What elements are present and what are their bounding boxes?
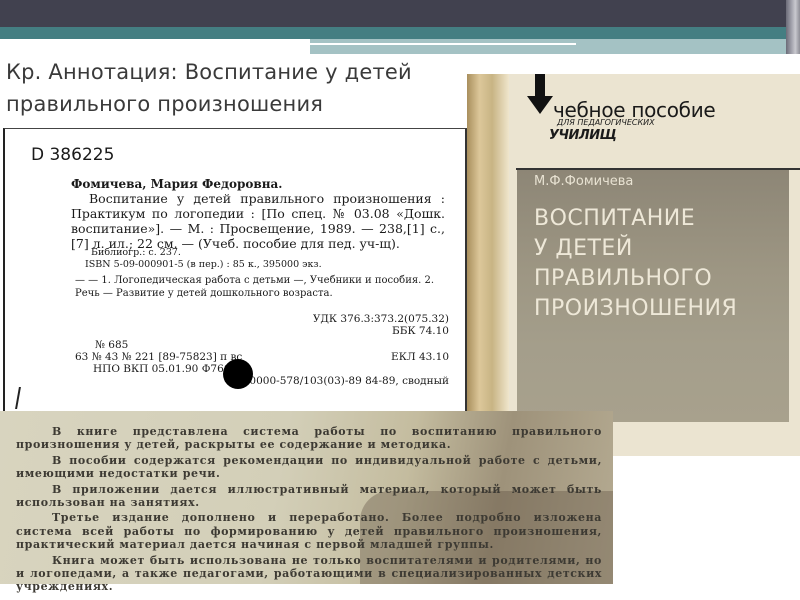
- slide-header-bar: [0, 0, 800, 27]
- card-subjects: — — 1. Логопедическая работа с детьми —,…: [75, 274, 447, 300]
- arrowhead-icon: [527, 96, 553, 114]
- card-mark: [15, 387, 21, 409]
- header-accent-line: [310, 43, 576, 45]
- header-accent-stripe-light: [310, 39, 786, 54]
- card-author: Фомичева, Мария Федоровна.: [71, 177, 282, 191]
- card-bibliography: Библиогр.: с. 237.: [91, 247, 181, 258]
- series-line-2: ДЛЯ ПЕДАГОГИЧЕСКИХ: [557, 118, 655, 127]
- annotation-paragraph: В книге представлена система работы по в…: [16, 425, 602, 452]
- header-accent-stripe: [0, 27, 786, 39]
- annotation-paragraph: В приложении дается иллюстративный матер…: [16, 483, 602, 510]
- card-description: Воспитание у детей правильного произноше…: [71, 191, 445, 251]
- card-npo: НПО ВКП 05.01.90 Ф766: [93, 363, 230, 375]
- title-background: [0, 39, 310, 49]
- cover-title: ВОСПИТАНИЕ У ДЕТЕЙ ПРАВИЛЬНОГО ПРОИЗНОШЕ…: [534, 204, 737, 324]
- card-line63: 63 № 43 № 221 [89-75823] п вс: [75, 351, 242, 363]
- card-udk: УДК 376.3:373.2(075.32): [313, 313, 449, 325]
- card-bbk: ББК 74.10: [392, 325, 449, 337]
- annotation-paragraph: В пособии содержатся рекомендации по инд…: [16, 454, 602, 481]
- book-spine: [467, 74, 509, 456]
- annotation-paragraph: Третье издание дополнено и переработано.…: [16, 511, 602, 551]
- card-ekl: ЕКЛ 43.10: [391, 351, 449, 363]
- card-number: D 386225: [31, 145, 114, 165]
- slide-title: Кр. Аннотация: Воспитание у детей правил…: [6, 56, 466, 120]
- library-catalog-card: D 386225 Фомичева, Мария Федоровна. Восп…: [3, 128, 468, 411]
- card-code: Ф 000000-578/103(03)-89 84-89, сводный: [224, 375, 449, 387]
- annotation-photo: В книге представлена система работы по в…: [0, 411, 613, 584]
- card-isbn: ISBN 5-09-000901-5 (в пер.) : 85 к., 395…: [85, 259, 322, 270]
- series-line-3: УЧИЛИЩ: [549, 128, 616, 143]
- card-no: № 685: [95, 339, 128, 351]
- annotation-text: В книге представлена система работы по в…: [16, 425, 602, 596]
- header-edge-decoration: [786, 0, 800, 54]
- cover-author: М.Ф.Фомичева: [534, 174, 633, 189]
- annotation-paragraph: Книга может быть использована не только …: [16, 554, 602, 594]
- ink-blot: [223, 359, 253, 389]
- book-cover-image: чебное пособие ДЛЯ ПЕДАГОГИЧЕСКИХ УЧИЛИЩ…: [467, 74, 800, 456]
